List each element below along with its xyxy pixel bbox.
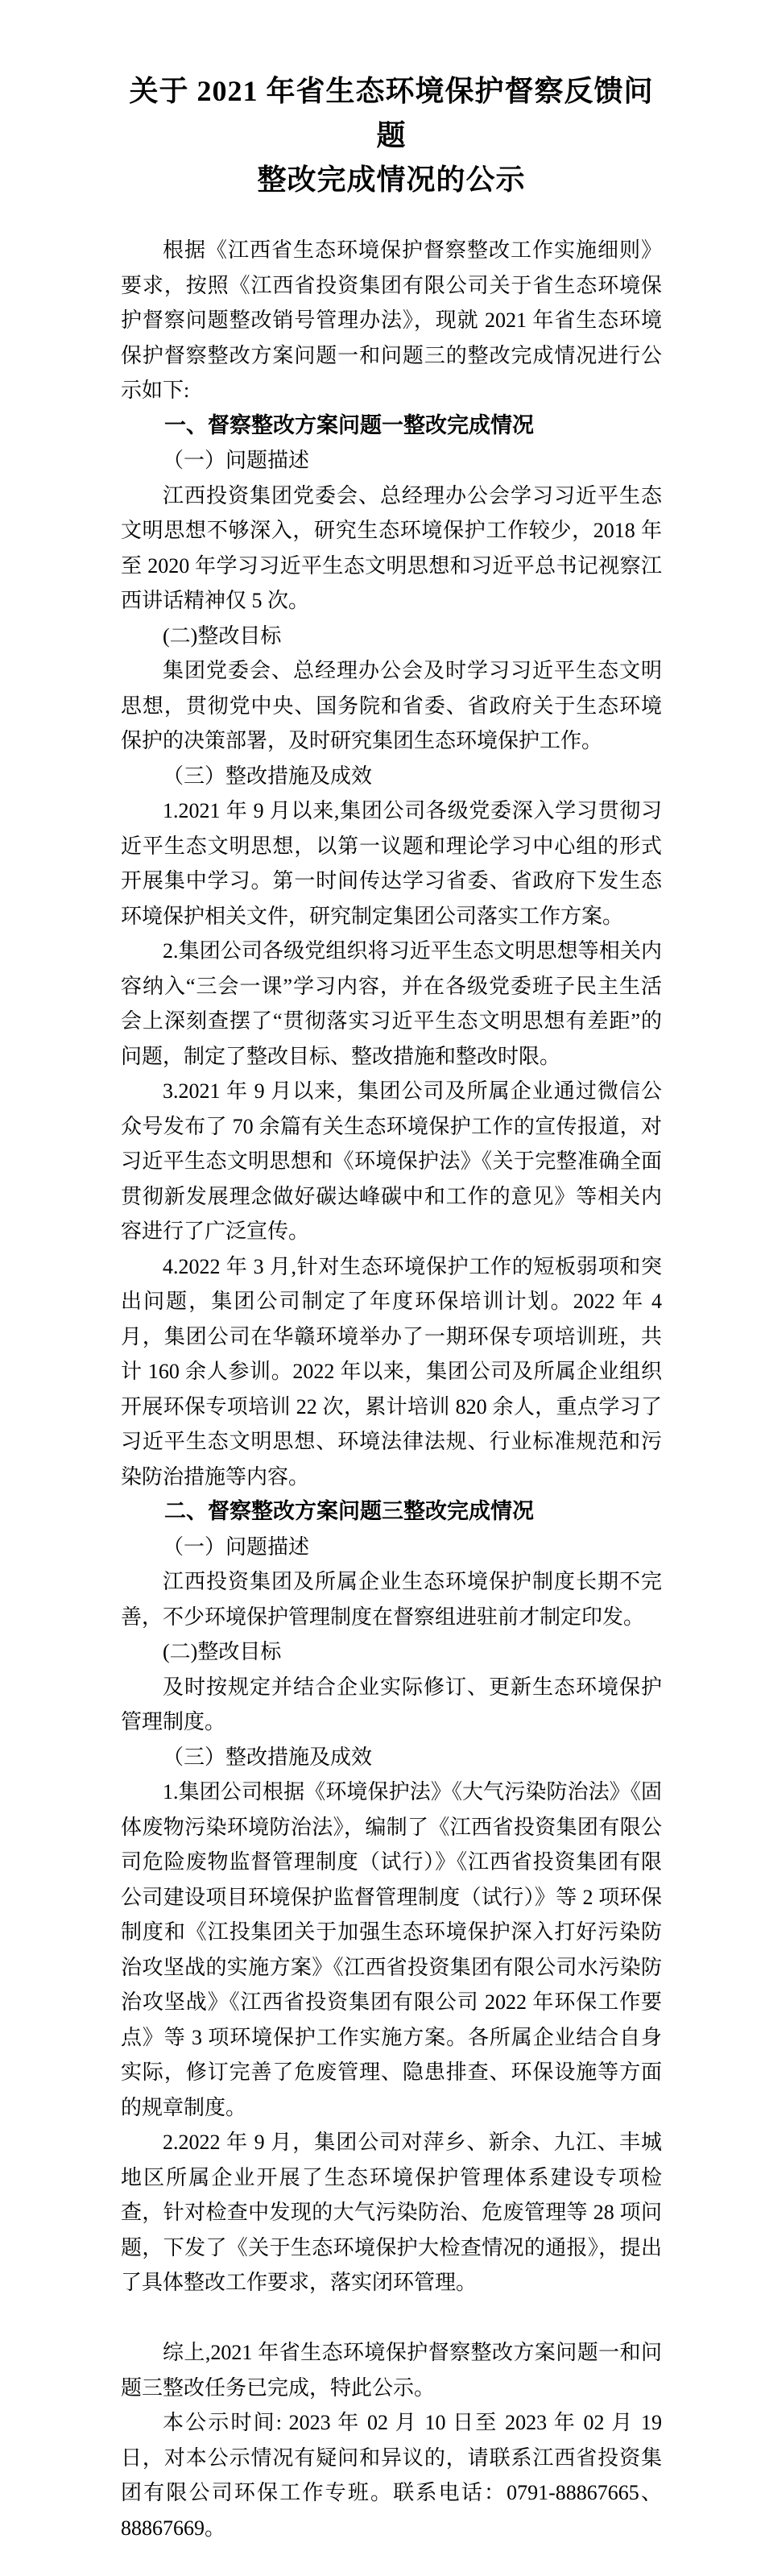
section-2-problem-description-paragraph: 江西投资集团及所属企业生态环境保护制度长期不完善，不少环境保护管理制度在督察组进… [121,1564,662,1634]
document-title-line-2: 整改完成情况的公示 [121,158,662,202]
section-2-rectification-goal-paragraph: 及时按规定并结合企业实际修订、更新生态环境保护管理制度。 [121,1670,662,1740]
section-1-rectification-goal-paragraph: 集团党委会、总经理办公会及时学习习近平生态文明思想，贯彻党中央、国务院和省委、省… [121,653,662,759]
section-1-measure-3-paragraph: 3.2021 年 9 月以来，集团公司及所属企业通过微信公众号发布了 70 余篇… [121,1074,662,1249]
section-1-measures-heading: （三）整改措施及成效 [121,759,662,794]
section-2-heading: 二、督察整改方案问题三整改完成情况 [121,1494,662,1530]
section-1-measure-1-paragraph: 1.2021 年 9 月以来,集团公司各级党委深入学习贯彻习近平生态文明思想，以… [121,793,662,934]
publicity-period-contact-paragraph: 本公示时间: 2023 年 02 月 10 日至 2023 年 02 月 19 … [121,2405,662,2545]
section-2-measures-heading: （三）整改措施及成效 [121,1740,662,1775]
blank-line [121,2301,662,2336]
intro-paragraph: 根据《江西省生态环境保护督察整改工作实施细则》要求，按照《江西省投资集团有限公司… [121,233,662,408]
section-1-measure-2-paragraph: 2.集团公司各级党组织将习近平生态文明思想等相关内容纳入“三会一课”学习内容，并… [121,934,662,1074]
section-2-measure-2-paragraph: 2.2022 年 9 月，集团公司对萍乡、新余、九江、丰城地区所属企业开展了生态… [121,2125,662,2301]
document-title-line-1: 关于 2021 年省生态环境保护督察反馈问题 [121,69,662,158]
section-1-problem-description-heading: （一）问题描述 [121,443,662,478]
section-2-measure-1-paragraph: 1.集团公司根据《环境保护法》《大气污染防治法》《固体废物污染环境防治法》，编制… [121,1775,662,2125]
conclusion-paragraph: 综上,2021 年省生态环境保护督察整改方案问题一和问题三整改任务已完成，特此公… [121,2335,662,2405]
document-page: 关于 2021 年省生态环境保护督察反馈问题 整改完成情况的公示 根据《江西省生… [0,0,765,2576]
section-2-problem-description-heading: （一）问题描述 [121,1530,662,1565]
section-2-rectification-goal-heading: (二)整改目标 [121,1634,662,1670]
section-1-rectification-goal-heading: (二)整改目标 [121,619,662,654]
section-1-problem-description-paragraph: 江西投资集团党委会、总经理办公会学习习近平生态文明思想不够深入，研究生态环境保护… [121,478,662,619]
document-title: 关于 2021 年省生态环境保护督察反馈问题 整改完成情况的公示 [121,69,662,202]
section-1-measure-4-paragraph: 4.2022 年 3 月,针对生态环境保护工作的短板弱项和突出问题，集团公司制定… [121,1249,662,1495]
section-1-heading: 一、督察整改方案问题一整改完成情况 [121,408,662,444]
